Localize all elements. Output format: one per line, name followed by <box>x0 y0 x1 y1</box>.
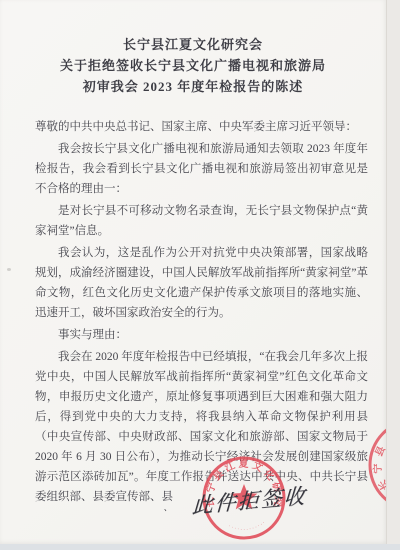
paragraph: 我会认为，这是乱作为公开对抗党中央决策部署，国家战略规划，成渝经济圈建设，中国人… <box>35 243 368 323</box>
title-line-1: 长宁县江夏文化研究会 <box>0 34 386 55</box>
scan-speck <box>7 268 11 271</box>
svg-text:·············: ············· <box>227 520 268 533</box>
edge-partial-seal: 长宁县 <box>365 415 386 515</box>
seal-code-text: ············· <box>227 520 268 533</box>
scanner-right-edge <box>386 0 400 544</box>
paragraph: 是对长宁县不可移动文物名录查询，无长宁县文物保护点“黄家祠堂”信息。 <box>35 201 368 241</box>
paragraph: 我会按长宁县文化广播电视和旅游局通知去领取 2023 年度年检报告，我会看到长宁… <box>35 139 368 199</box>
document-title: 长宁县江夏文化研究会 关于拒绝签收长宁县文化广播电视和旅游局 初审我会 2023… <box>0 34 386 97</box>
paragraph: 事实与理由： <box>35 325 368 345</box>
greeting-line: 尊敬的中共中央总书记、国家主席、中央军委主席习近平领导： <box>35 117 368 137</box>
title-line-2: 关于拒绝签收长宁县文化广播电视和旅游局 <box>0 55 386 76</box>
title-line-3: 初审我会 2023 年度年检报告的陈述 <box>0 76 386 97</box>
scanned-document-page: 长宁县江夏文化研究会 关于拒绝签收长宁县文化广播电视和旅游局 初审我会 2023… <box>0 0 386 544</box>
